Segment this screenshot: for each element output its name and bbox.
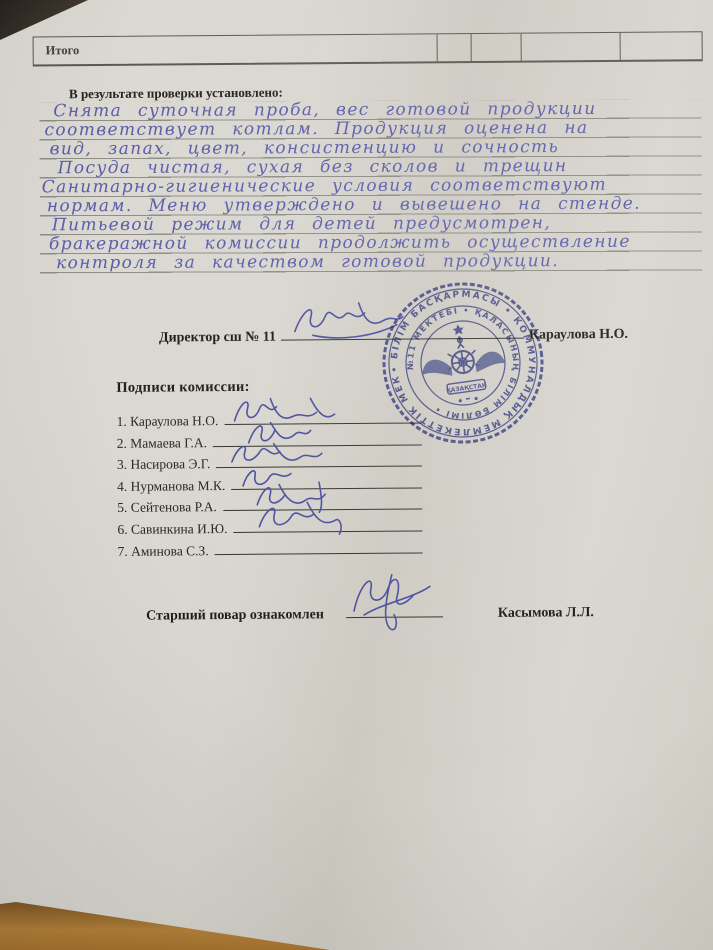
member-signature-line	[233, 517, 422, 532]
stamp-emblem	[417, 319, 509, 407]
handwritten-findings: Снята суточная проба, вес готовой продук…	[39, 99, 702, 274]
handwriting-line: контроля за качеством готовой продукции.	[40, 251, 702, 273]
totals-empty-cell-1	[437, 34, 471, 61]
stamp-left-wing-icon	[421, 358, 451, 378]
cook-signature	[342, 568, 443, 635]
commission-section: Подписи комиссии: 1. Караулова Н.О. 2. М…	[116, 377, 422, 563]
document-photo: Итого В результате проверки установлено:…	[0, 0, 713, 950]
official-stamp: • БІЛІМ БАСҚАРМАСЫ • КОММУНАЛДЫҚ МЕМЛЕКЕ…	[367, 267, 559, 459]
cook-name: Касымова Л.Л.	[498, 605, 594, 622]
stamp-star-icon	[452, 324, 465, 336]
member-name: 4. Нурманова М.К.	[117, 478, 225, 495]
totals-empty-cell-2	[471, 34, 521, 61]
director-label: Директор сш № 11	[159, 330, 276, 347]
member-name: 7. Аминова С.З.	[118, 543, 209, 560]
totals-empty-cell-3	[521, 33, 620, 61]
member-name: 1. Караулова Н.О.	[117, 413, 219, 430]
cook-acknowledgment-row: Старший повар ознакомлен Касымова Л.Л.	[146, 600, 594, 625]
member-name: 6. Савинкина И.Ю.	[117, 521, 227, 538]
totals-label-cell: Итого	[34, 34, 437, 64]
member-name: 5. Сейтенова Р.А.	[117, 499, 217, 516]
cook-label: Старший повар ознакомлен	[146, 607, 324, 624]
totals-table-row: Итого	[33, 31, 703, 66]
member-signature	[239, 500, 349, 537]
member-signature-line	[215, 539, 423, 555]
commission-member-row: 7. Аминова С.З.	[118, 539, 423, 563]
commission-member-row: 6. Савинкина И.Ю.	[117, 517, 422, 541]
member-name: 2. Мамаева Г.А.	[117, 435, 207, 452]
cook-signature-line	[346, 601, 443, 618]
stamp-right-wing-icon	[475, 351, 505, 371]
member-name: 3. Насирова Э.Г.	[117, 456, 211, 473]
document-content: Итого В результате проверки установлено:…	[0, 0, 713, 950]
totals-empty-cell-4	[620, 32, 702, 60]
